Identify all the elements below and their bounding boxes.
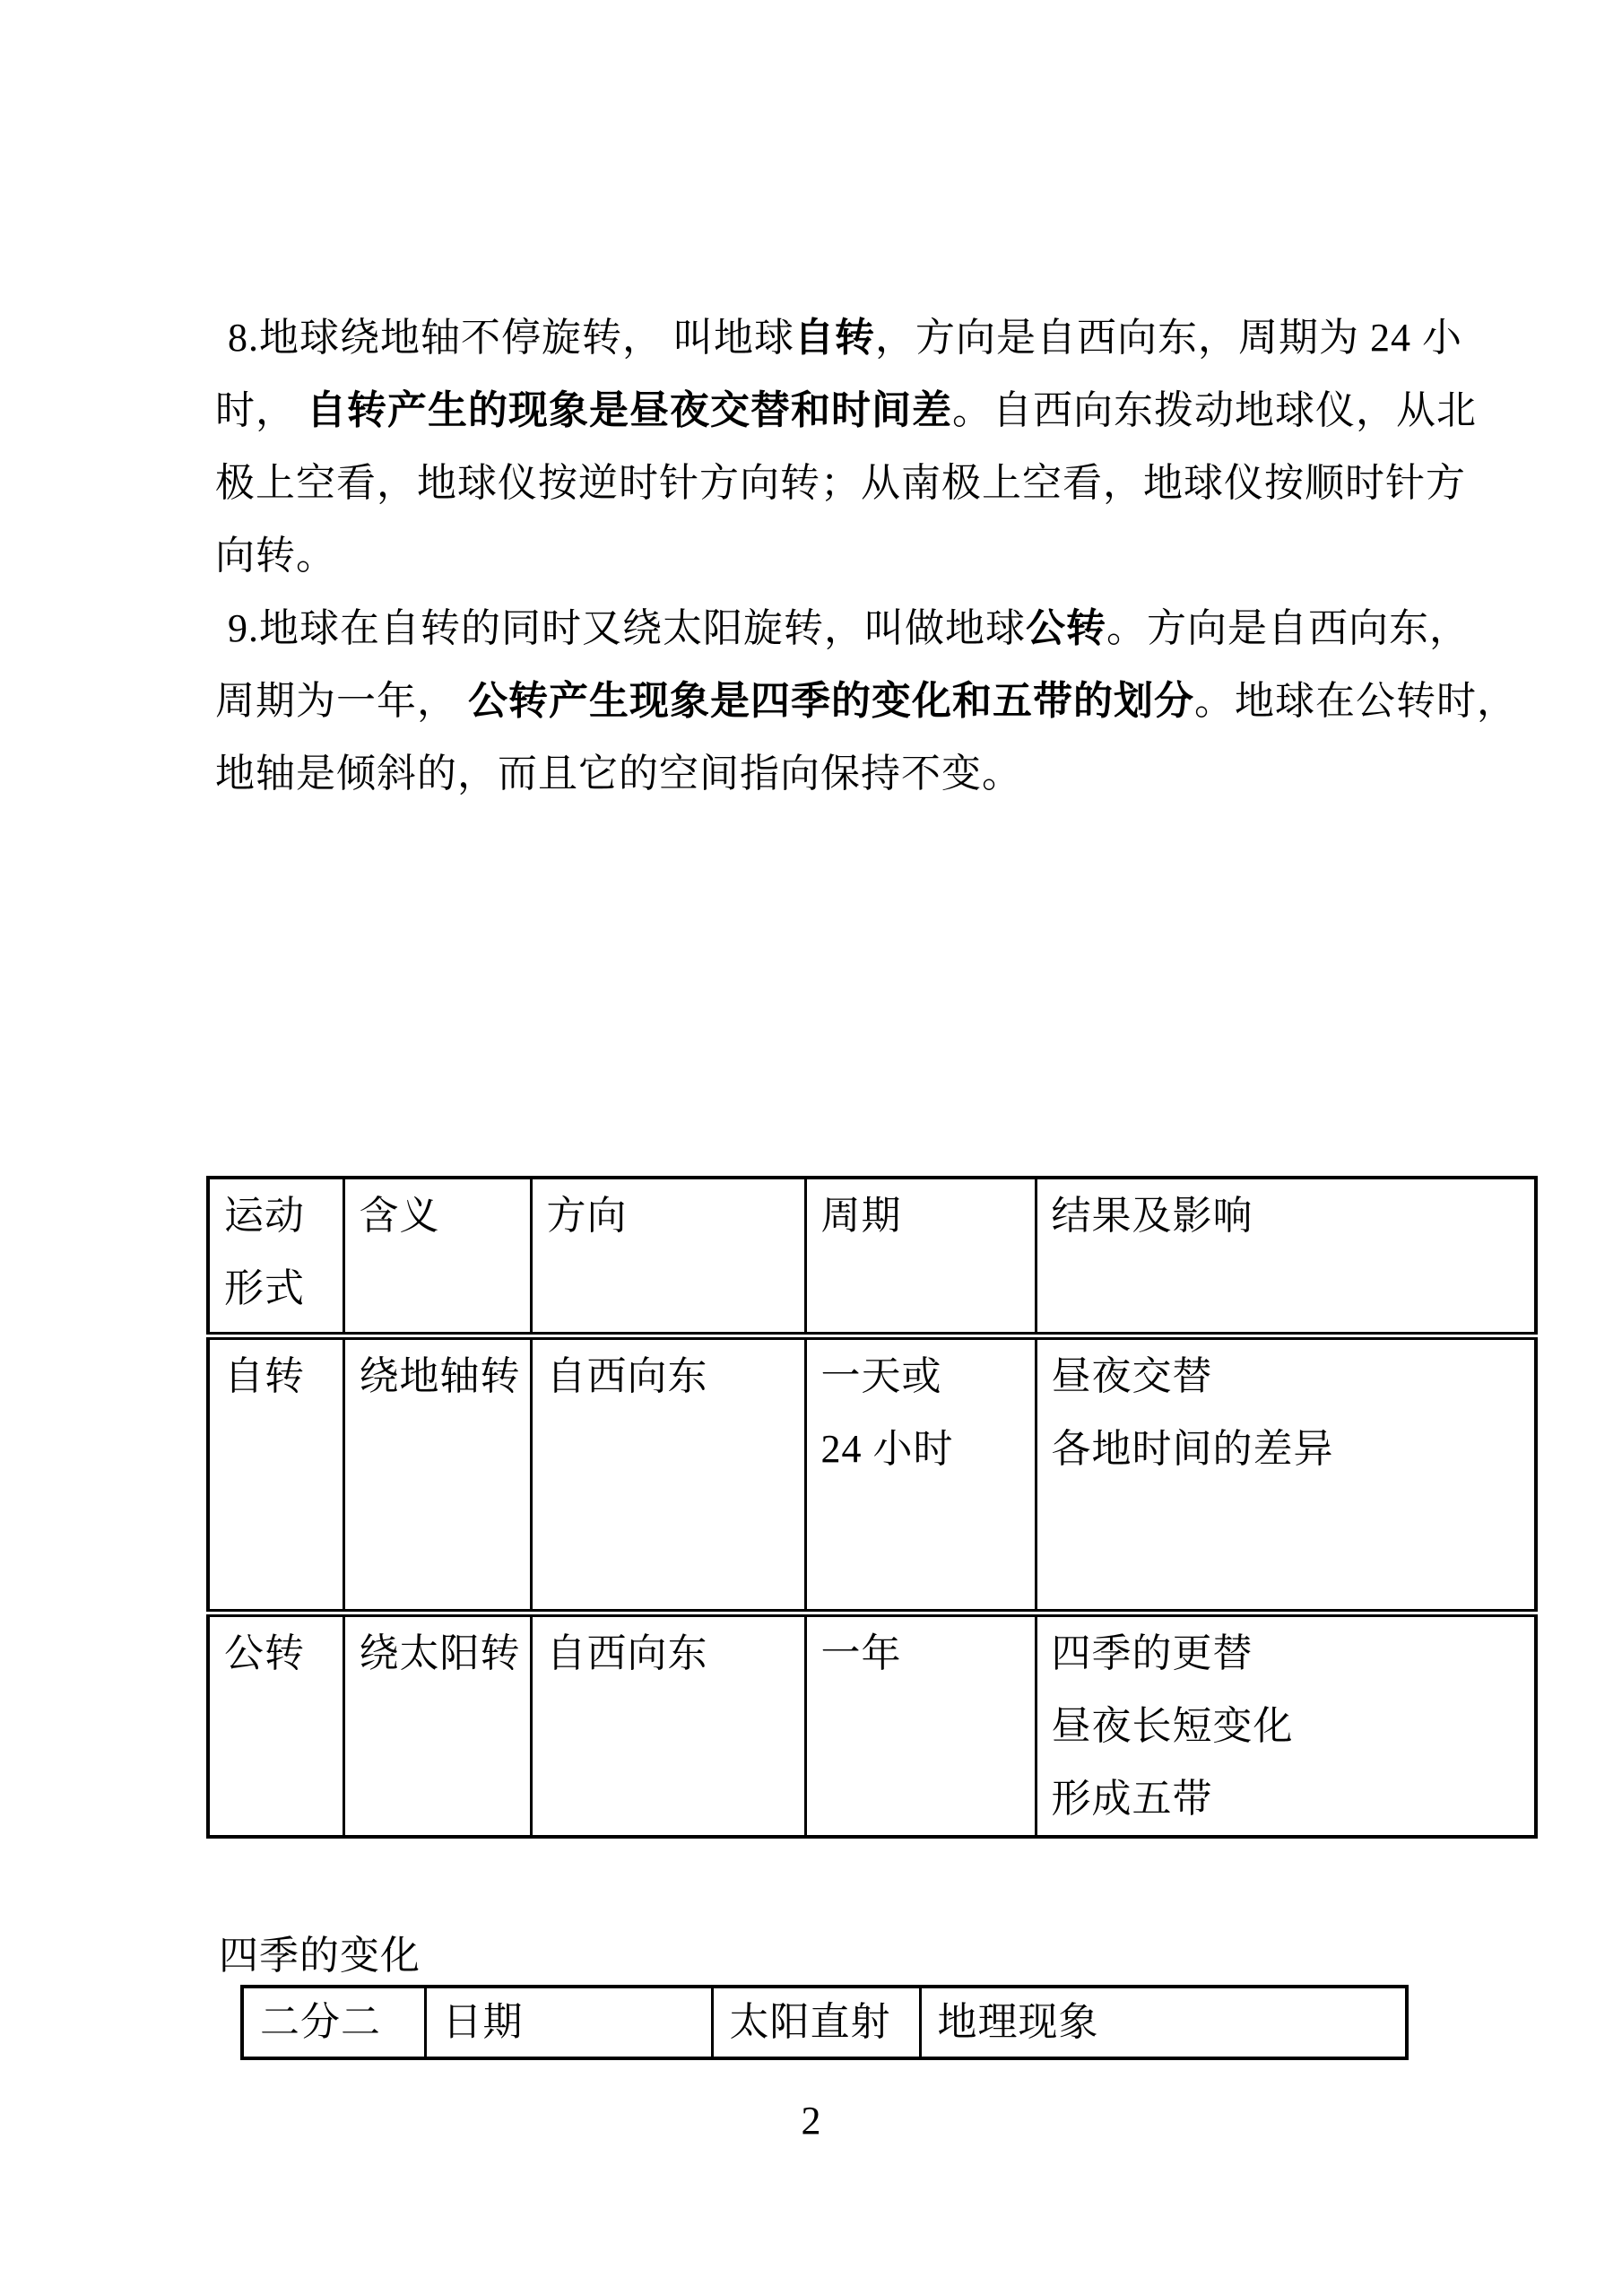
paragraph-line: 周期为一年， 公转产生现象是四季的变化和五带的划分。地球在公转时，: [215, 665, 1524, 737]
table-cell: 绕太阳转: [343, 1613, 531, 1838]
cell-line: 四季的更替: [1052, 1617, 1535, 1690]
text-run: 。地球在公转时，: [1194, 679, 1517, 723]
paragraph-line: 时， 自转产生的现象是昼夜交替和时间差。自西向东拨动地球仪，从北: [215, 374, 1524, 447]
cell-line: 运动: [224, 1179, 343, 1252]
table-row: 公转 绕太阳转 自西向东 一年 四季的更替 昼夜长短变化 形成五带: [208, 1613, 1536, 1838]
paragraph-line: 极上空看，地球仪按逆时针方向转；从南极上空看，地球仪按顺时针方: [215, 447, 1524, 519]
cell-line: 自转: [224, 1340, 343, 1413]
text-run: 。自西向东拨动地球仪，从北: [952, 388, 1477, 432]
bold-text-run: 自转产生的现象是昼夜交替和时间差: [307, 388, 952, 432]
table-header-row: 二分二 日期 太阳直射 地理现象: [242, 1987, 1407, 2058]
table-header-cell: 二分二: [242, 1987, 425, 2058]
cell-line: 昼夜长短变化: [1052, 1690, 1535, 1762]
cell-line: 结果及影响: [1052, 1179, 1535, 1252]
section-heading: 四季的变化: [219, 1919, 421, 1992]
text-run: 极上空看，地球仪按逆时针方向转；从南极上空看，地球仪按顺时针方: [215, 461, 1466, 505]
cell-line: 24 小时: [821, 1413, 1035, 1485]
table-cell: 一天或 24 小时: [805, 1336, 1036, 1613]
cell-line: 公转: [224, 1617, 343, 1690]
text-run: ，方向是自西向东，周期为 24 小: [875, 316, 1462, 360]
text-run: 9.地球在自转的同时又绕太阳旋转，叫做地球: [228, 606, 1026, 650]
cell-line: 形式: [224, 1252, 343, 1325]
table-cell: 自转: [208, 1336, 343, 1613]
cell-line: 一天或: [821, 1340, 1035, 1413]
bold-text-run: 自转: [794, 316, 875, 360]
paragraph-line: 向转。: [215, 519, 1524, 592]
paragraph-line: 8.地球绕地轴不停旋转， 叫地球自转，方向是自西向东，周期为 24 小: [215, 301, 1524, 374]
table-header-cell: 运动 形式: [208, 1178, 343, 1336]
table-cell: 昼夜交替 各地时间的差异: [1036, 1336, 1536, 1613]
cell-line: 方向: [547, 1179, 804, 1252]
cell-line: 绕太阳转: [360, 1617, 530, 1690]
table-cell: 公转: [208, 1613, 343, 1838]
text-run: 。方向是自西向东，: [1106, 606, 1470, 650]
table-cell: 自西向东: [531, 1613, 805, 1838]
bold-text-run: 公转: [1026, 606, 1106, 650]
table-header-cell: 太阳直射: [712, 1987, 920, 2058]
motion-table: 运动 形式 含义 方向 周期 结果及影响 自转 绕地轴转 自西向东 一天或 24…: [206, 1176, 1538, 1839]
table-header-cell: 方向: [531, 1178, 805, 1336]
text-run: 周期为一年，: [215, 679, 468, 723]
paragraph-line: 地轴是倾斜的，而且它的空间指向保持不变。: [215, 737, 1524, 810]
table-cell: 四季的更替 昼夜长短变化 形成五带: [1036, 1613, 1536, 1838]
page-number: 2: [0, 2099, 1622, 2144]
table-row: 自转 绕地轴转 自西向东 一天或 24 小时 昼夜交替 各地时间的差异: [208, 1336, 1536, 1613]
table-header-cell: 含义: [343, 1178, 531, 1336]
document-page: 8.地球绕地轴不停旋转， 叫地球自转，方向是自西向东，周期为 24 小 时， 自…: [0, 0, 1622, 2296]
seasons-table: 二分二 日期 太阳直射 地理现象: [240, 1985, 1409, 2060]
table-header-row: 运动 形式 含义 方向 周期 结果及影响: [208, 1178, 1536, 1336]
text-run: 时，: [215, 388, 307, 432]
cell-line: 形成五带: [1052, 1762, 1535, 1835]
body-text: 8.地球绕地轴不停旋转， 叫地球自转，方向是自西向东，周期为 24 小 时， 自…: [215, 301, 1524, 810]
cell-line: 绕地轴转: [360, 1340, 530, 1413]
cell-line: 一年: [821, 1617, 1035, 1690]
cell-line: 各地时间的差异: [1052, 1413, 1535, 1485]
bold-text-run: 公转产生现象是四季的变化和五带的划分: [468, 679, 1194, 723]
cell-line: 自西向东: [547, 1617, 804, 1690]
text-run: 向转。: [215, 534, 336, 578]
table-header-cell: 结果及影响: [1036, 1178, 1536, 1336]
table-header-cell: 日期: [425, 1987, 712, 2058]
table-cell: 绕地轴转: [343, 1336, 531, 1613]
table-cell: 自西向东: [531, 1336, 805, 1613]
table-header-cell: 周期: [805, 1178, 1036, 1336]
cell-line: 含义: [360, 1179, 530, 1252]
cell-line: 周期: [821, 1179, 1035, 1252]
cell-line: 昼夜交替: [1052, 1340, 1535, 1413]
table-header-cell: 地理现象: [920, 1987, 1407, 2058]
paragraph-line: 9.地球在自转的同时又绕太阳旋转，叫做地球公转。方向是自西向东，: [215, 592, 1524, 665]
table-cell: 一年: [805, 1613, 1036, 1838]
text-run: 地轴是倾斜的，而且它的空间指向保持不变。: [215, 752, 1022, 796]
text-run: 8.地球绕地轴不停旋转， 叫地球: [228, 316, 794, 360]
cell-line: 自西向东: [547, 1340, 804, 1413]
